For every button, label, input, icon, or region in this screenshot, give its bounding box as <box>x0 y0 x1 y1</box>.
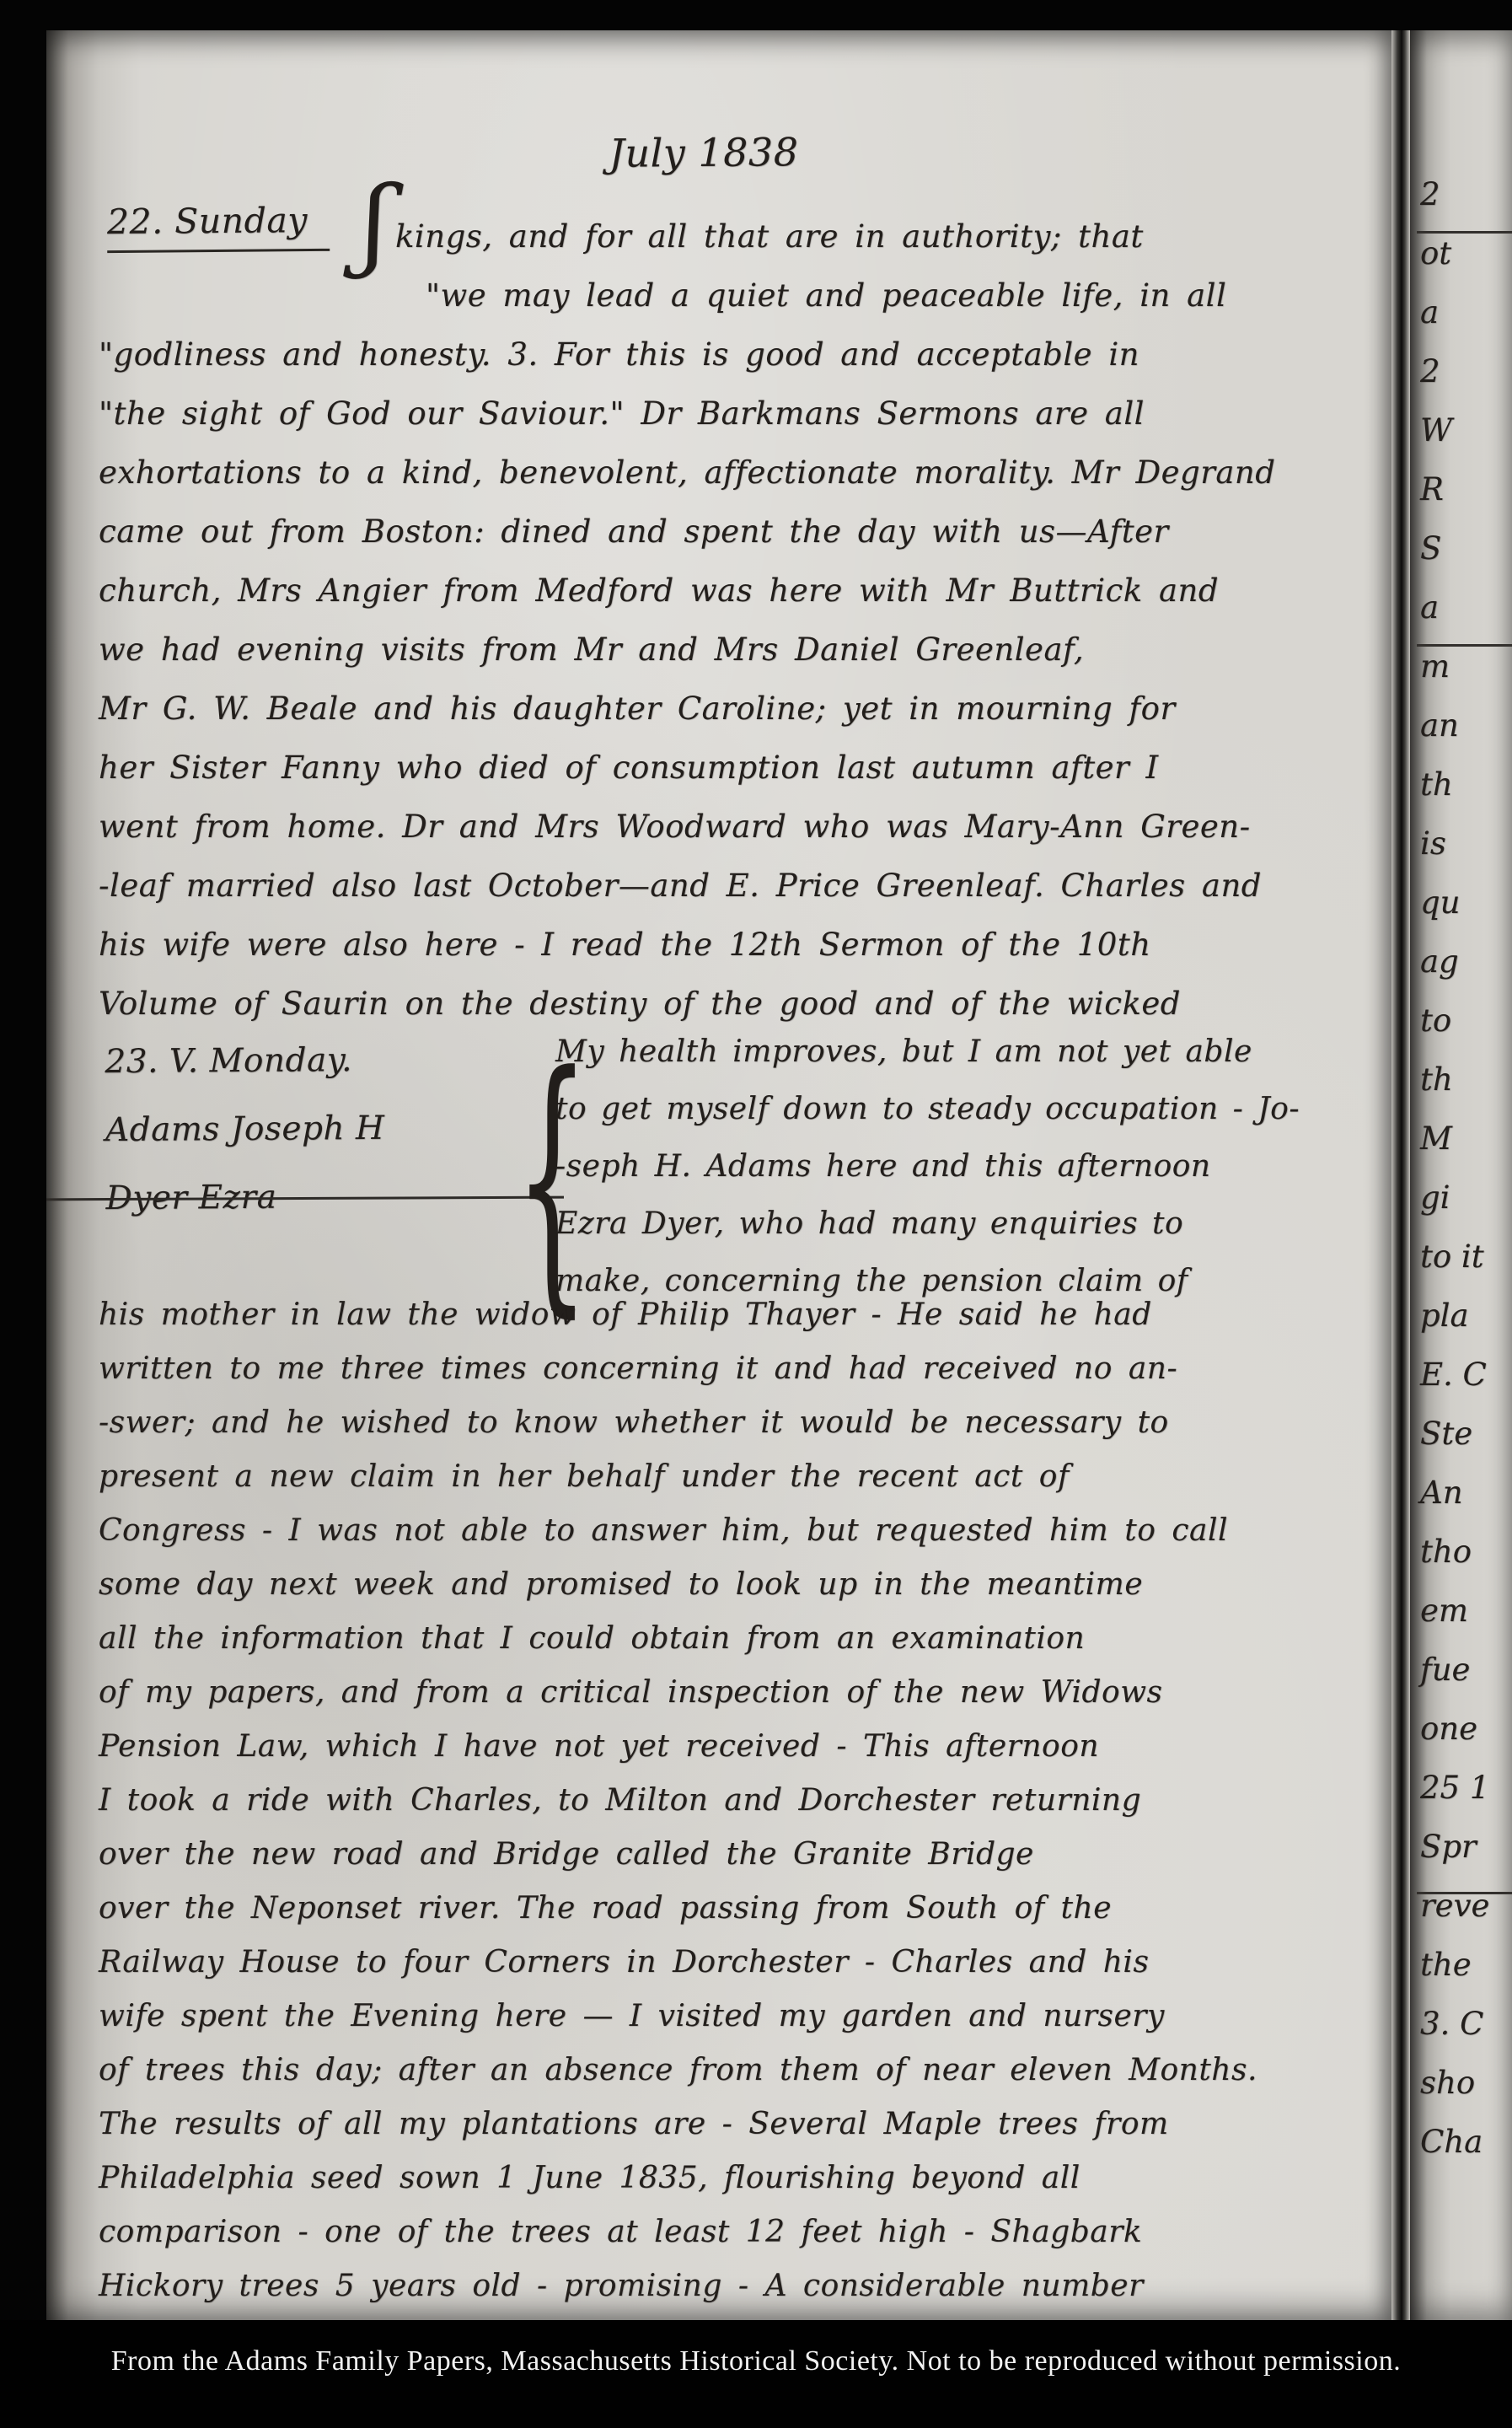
fragment-line: ag <box>1420 932 1489 991</box>
fragment-line: qu <box>1420 873 1489 932</box>
entry-23-body-text: his mother in law the widow of Philip Th… <box>99 1288 1383 2313</box>
margin-label-line: 23. V. Monday. <box>105 1026 384 1096</box>
brace-glyph: { <box>515 1030 536 1327</box>
manuscript-line: My health improves, but I am not yet abl… <box>555 1023 1383 1081</box>
manuscript-line: his mother in law the widow of Philip Th… <box>99 1288 1383 1342</box>
manuscript-line: -leaf married also last October—and E. P… <box>99 857 1380 916</box>
manuscript-scan: July 1838 22. Sunday ʃ kings, and for al… <box>0 0 1512 2428</box>
fragment-line: E. C <box>1420 1346 1489 1405</box>
fragment-line: 25 1 <box>1420 1759 1489 1818</box>
manuscript-line: of my papers, and from a critical inspec… <box>99 1666 1383 1720</box>
fragment-line: ot <box>1420 224 1489 283</box>
fragment-line: to it <box>1420 1227 1489 1287</box>
manuscript-line: to get myself down to steady occupation … <box>555 1081 1383 1138</box>
fragment-line: W <box>1420 401 1489 460</box>
fragment-line: S <box>1420 519 1489 578</box>
manuscript-line: "we may lead a quiet and peaceable life,… <box>426 266 1380 325</box>
book-gutter-shadow <box>1391 30 1410 2320</box>
manuscript-line: over the new road and Bridge called the … <box>99 1828 1383 1882</box>
manuscript-line: church, Mrs Angier from Medford was here… <box>99 561 1380 620</box>
fragment-line: to <box>1420 991 1489 1050</box>
fragment-line: one <box>1420 1700 1489 1759</box>
manuscript-line: her Sister Fanny who died of consumption… <box>99 739 1380 798</box>
fragment-line: the <box>1420 1936 1489 1995</box>
fragment-line: tho <box>1420 1523 1489 1582</box>
fragment-line: sho <box>1420 2054 1489 2113</box>
facing-page-text-fragments: 2ota2WRSamanthisquagtothMgito itplaE. CS… <box>1420 165 1489 2172</box>
manuscript-line: we had evening visits from Mr and Mrs Da… <box>99 620 1380 680</box>
fragment-line: a <box>1420 283 1489 342</box>
fragment-line: m <box>1420 637 1489 696</box>
entry-23-margin-labels: 23. V. Monday.Adams Joseph HDyer Ezra <box>105 1026 385 1233</box>
manuscript-line: present a new claim in her behalf under … <box>99 1450 1383 1504</box>
manuscript-line: over the Neponset river. The road passin… <box>99 1882 1383 1936</box>
manuscript-line: all the information that I could obtain … <box>99 1612 1383 1666</box>
manuscript-line: Pension Law, which I have not yet receiv… <box>99 1720 1383 1774</box>
archive-caption: From the Adams Family Papers, Massachuse… <box>0 2345 1512 2377</box>
fragment-line: th <box>1420 755 1489 814</box>
fragment-line: An <box>1420 1464 1489 1523</box>
fragment-line: Cha <box>1420 2113 1489 2172</box>
manuscript-line: comparison - one of the trees at least 1… <box>99 2205 1383 2259</box>
fragment-line: 2 <box>1420 342 1489 401</box>
manuscript-line: Hickory trees 5 years old - promising - … <box>99 2259 1383 2313</box>
fragment-line: an <box>1420 696 1489 755</box>
manuscript-line: written to me three times concerning it … <box>99 1342 1383 1396</box>
manuscript-line: Mr G. W. Beale and his daughter Caroline… <box>99 680 1380 739</box>
manuscript-line: kings, and for all that are in authority… <box>395 207 1380 266</box>
fragment-line: gi <box>1420 1168 1489 1227</box>
fragment-line: Spr <box>1420 1818 1489 1877</box>
entry-23-note-text: My health improves, but I am not yet abl… <box>555 1023 1383 1310</box>
manuscript-line: some day next week and promised to look … <box>99 1558 1383 1612</box>
fragment-line: Ste <box>1420 1405 1489 1464</box>
fragment-line: 2 <box>1420 165 1489 224</box>
fragment-line: em <box>1420 1582 1489 1641</box>
manuscript-line: came out from Boston: dined and spent th… <box>99 502 1380 561</box>
manuscript-line: wife spent the Evening here — I visited … <box>99 1990 1383 2044</box>
facing-page-edge: 2ota2WRSamanthisquagtothMgito itplaE. CS… <box>1410 30 1512 2320</box>
manuscript-line: Congress - I was not able to answer him,… <box>99 1504 1383 1558</box>
manuscript-line: Railway House to four Corners in Dorches… <box>99 1936 1383 1990</box>
entry-22-text: kings, and for all that are in authority… <box>99 207 1380 1034</box>
manuscript-line: Ezra Dyer, who had many enquiries to <box>555 1195 1383 1253</box>
fragment-line: pla <box>1420 1287 1489 1346</box>
manuscript-line: exhortations to a kind, benevolent, affe… <box>99 443 1380 502</box>
fragment-line: 3. C <box>1420 1995 1489 2054</box>
fragment-line: th <box>1420 1050 1489 1109</box>
margin-label-line: Adams Joseph H <box>105 1094 385 1164</box>
manuscript-line: "the sight of God our Saviour." Dr Barkm… <box>99 384 1380 443</box>
fragment-line: is <box>1420 814 1489 873</box>
fragment-line: R <box>1420 460 1489 519</box>
page-date-heading: July 1838 <box>31 125 1376 180</box>
manuscript-line: The results of all my plantations are - … <box>99 2098 1383 2151</box>
diary-page: July 1838 22. Sunday ʃ kings, and for al… <box>46 30 1391 2320</box>
manuscript-line: "godliness and honesty. 3. For this is g… <box>99 325 1380 384</box>
fragment-line: reve <box>1420 1877 1489 1936</box>
manuscript-line: went from home. Dr and Mrs Woodward who … <box>99 798 1380 857</box>
manuscript-line: -swer; and he wished to know whether it … <box>99 1396 1383 1450</box>
manuscript-line: I took a ride with Charles, to Milton an… <box>99 1774 1383 1828</box>
fragment-line: M <box>1420 1109 1489 1168</box>
fragment-line: a <box>1420 578 1489 637</box>
fragment-line: fue <box>1420 1641 1489 1700</box>
manuscript-line: Philadelphia seed sown 1 June 1835, flou… <box>99 2151 1383 2205</box>
manuscript-line: of trees this day; after an absence from… <box>99 2044 1383 2098</box>
manuscript-line: his wife were also here - I read the 12t… <box>99 916 1380 975</box>
manuscript-line: -seph H. Adams here and this afternoon <box>555 1138 1383 1195</box>
